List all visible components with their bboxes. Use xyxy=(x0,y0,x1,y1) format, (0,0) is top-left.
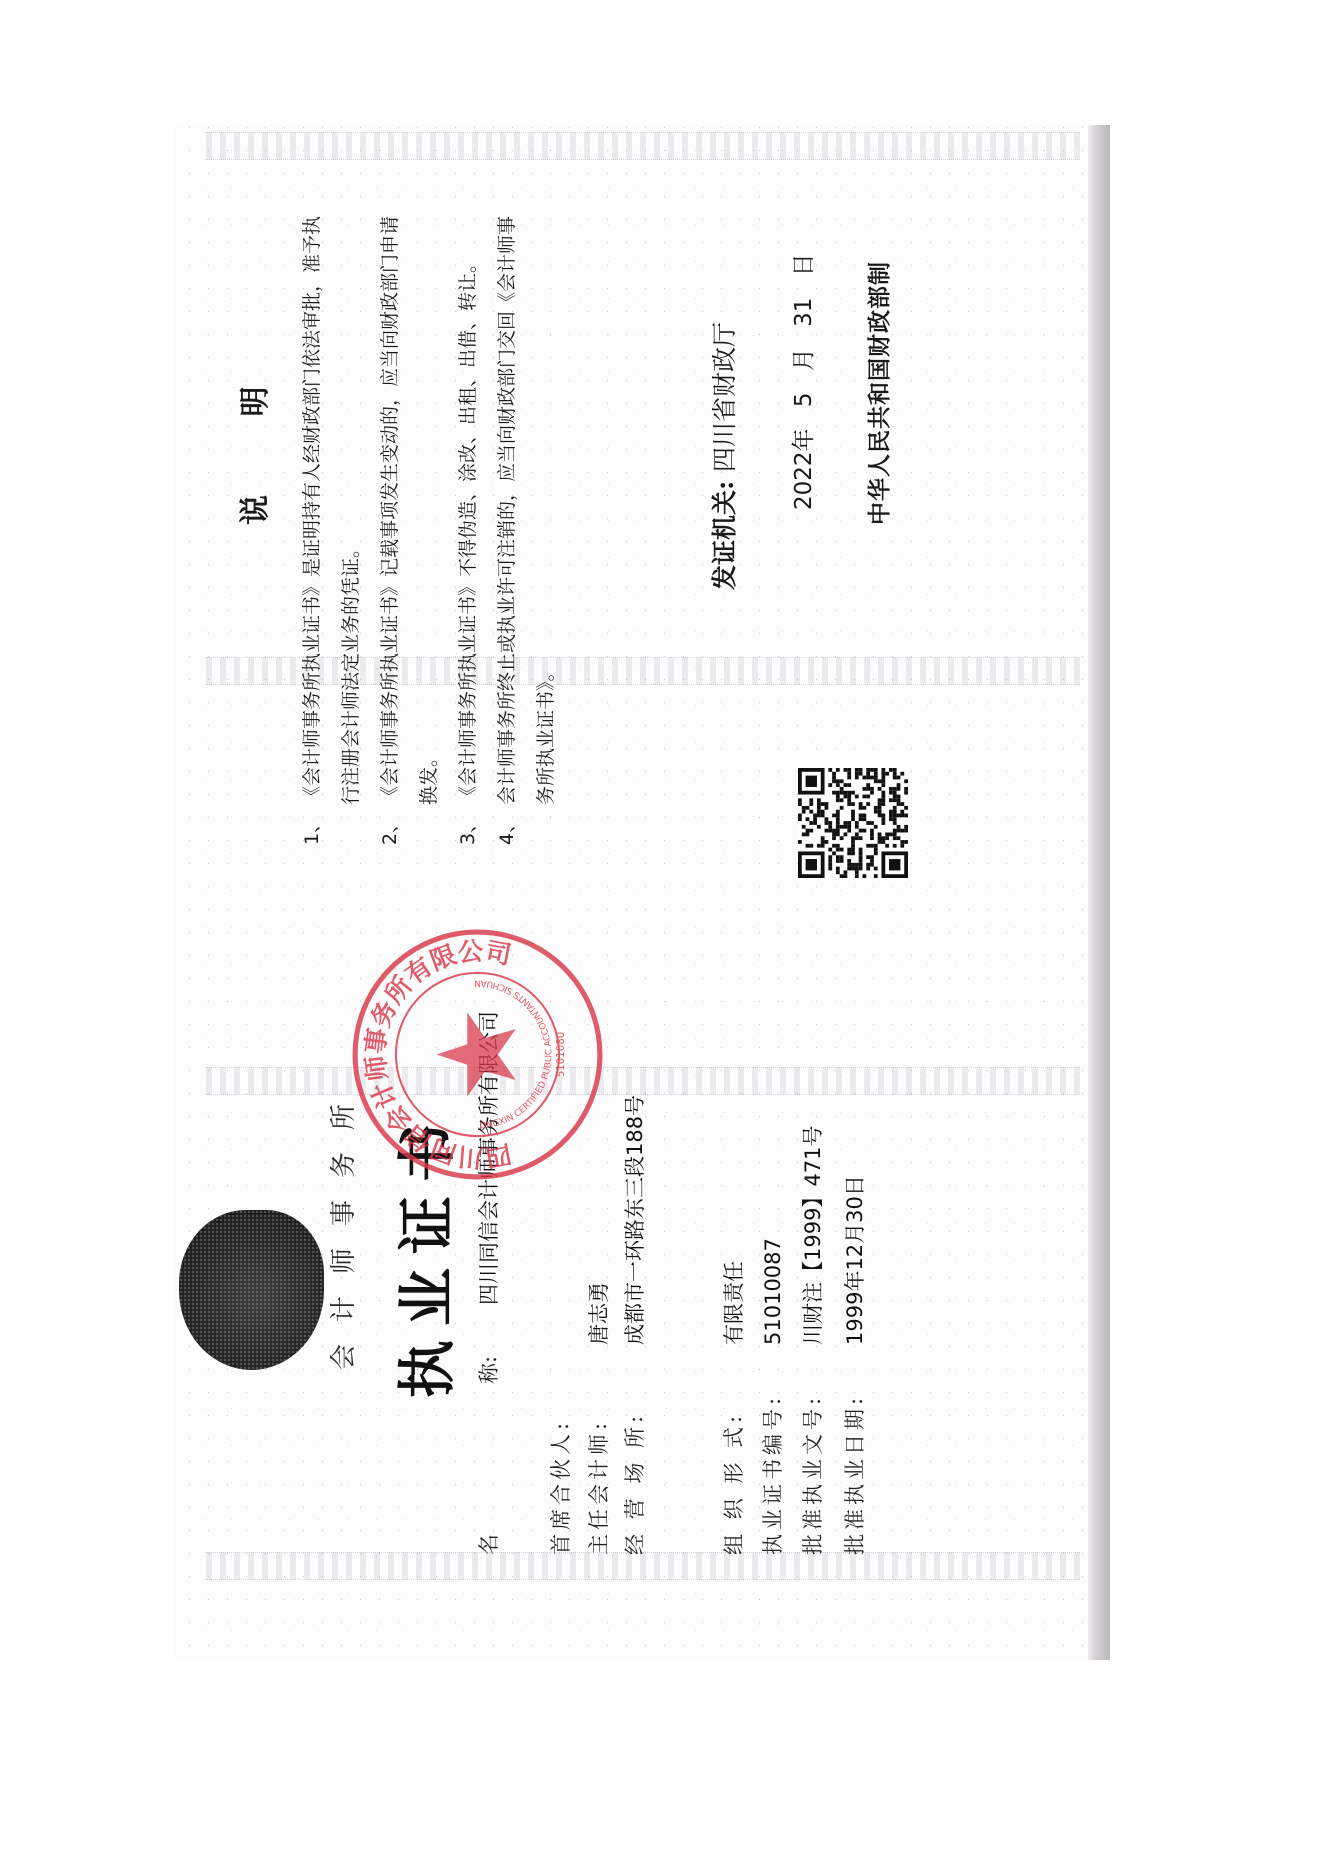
issuing-authority: 发证机关: 四川省财政厅 xyxy=(705,322,741,590)
issue-date: 2022年 5 月 31 日 xyxy=(785,253,818,510)
field-label: 批准执业日期: xyxy=(839,1345,869,1555)
field-label: 名称: xyxy=(473,1305,503,1555)
field-label: 首席合伙人: xyxy=(545,1345,575,1555)
field-label: 经 营 场 所: xyxy=(619,1345,649,1555)
field-organization-form: 组 织 形 式:有限责任 xyxy=(718,1261,748,1555)
field-value: 1999年12月30日 xyxy=(843,1175,867,1345)
field-label: 组 织 形 式: xyxy=(718,1345,748,1555)
note-item: 2、《会计师事务所执业证书》记载事项发生变动的，应当向财政部门申请换发。 xyxy=(371,205,449,845)
field-label: 执业证书编号: xyxy=(757,1345,787,1555)
field-value: 有限责任 xyxy=(722,1261,746,1345)
license-page: 会计师事务所 执业证书 名称:四川同信会计师事务所有限公司 首席合伙人: 主任会… xyxy=(175,900,1110,1660)
field-value: 唐志勇 xyxy=(587,1282,611,1345)
note-item: 3、《会计师事务所执业证书》不得伪造、涂改、出租、出借、转让。 xyxy=(449,205,488,845)
redacted-photo xyxy=(179,1210,324,1370)
field-label: 主任会计师: xyxy=(583,1345,613,1555)
official-seal-icon: 四川同信会计师事务所有限公司 TONGXIN CERTIFIED PUBLIC … xyxy=(350,927,605,1182)
notes-list: 1、《会计师事务所执业证书》是证明持有人经财政部门依法审批，准予执行注册会计师法… xyxy=(293,205,566,845)
field-value: 川财注【1999】471号 xyxy=(801,1125,825,1345)
field-approval-date: 批准执业日期:1999年12月30日 xyxy=(839,1175,869,1555)
field-approval-document: 批准执业文号:川财注【1999】471号 xyxy=(797,1125,827,1555)
ministry-footer: 中华人民共和国财政部制 xyxy=(861,261,894,525)
svg-text:5101080: 5101080 xyxy=(556,1032,567,1077)
field-certificate-number: 执业证书编号:51010087 xyxy=(757,1238,787,1555)
field-chief-accountant: 主任会计师:唐志勇 xyxy=(583,1282,613,1555)
note-item: 1、《会计师事务所执业证书》是证明持有人经财政部门依法审批，准予执行注册会计师法… xyxy=(293,205,371,845)
notes-page: 说 明 1、《会计师事务所执业证书》是证明持有人经财政部门依法审批，准予执行注册… xyxy=(175,125,1110,900)
field-label: 批准执业文号: xyxy=(797,1345,827,1555)
field-business-address: 经 营 场 所:成都市一环路东三段188号 xyxy=(619,1095,649,1555)
field-value: 51010087 xyxy=(761,1238,785,1345)
notes-title: 说 明 xyxy=(230,353,274,525)
qr-code-icon[interactable] xyxy=(798,768,908,878)
note-item: 4、会计师事务所终止或执业许可注销的，应当向财政部门交回《会计师事务所执业证书》… xyxy=(488,205,566,845)
license-document: 会计师事务所 执业证书 名称:四川同信会计师事务所有限公司 首席合伙人: 主任会… xyxy=(175,125,1110,1660)
field-value: 成都市一环路东三段188号 xyxy=(623,1095,647,1345)
field-chief-partner: 首席合伙人: xyxy=(545,1345,575,1555)
